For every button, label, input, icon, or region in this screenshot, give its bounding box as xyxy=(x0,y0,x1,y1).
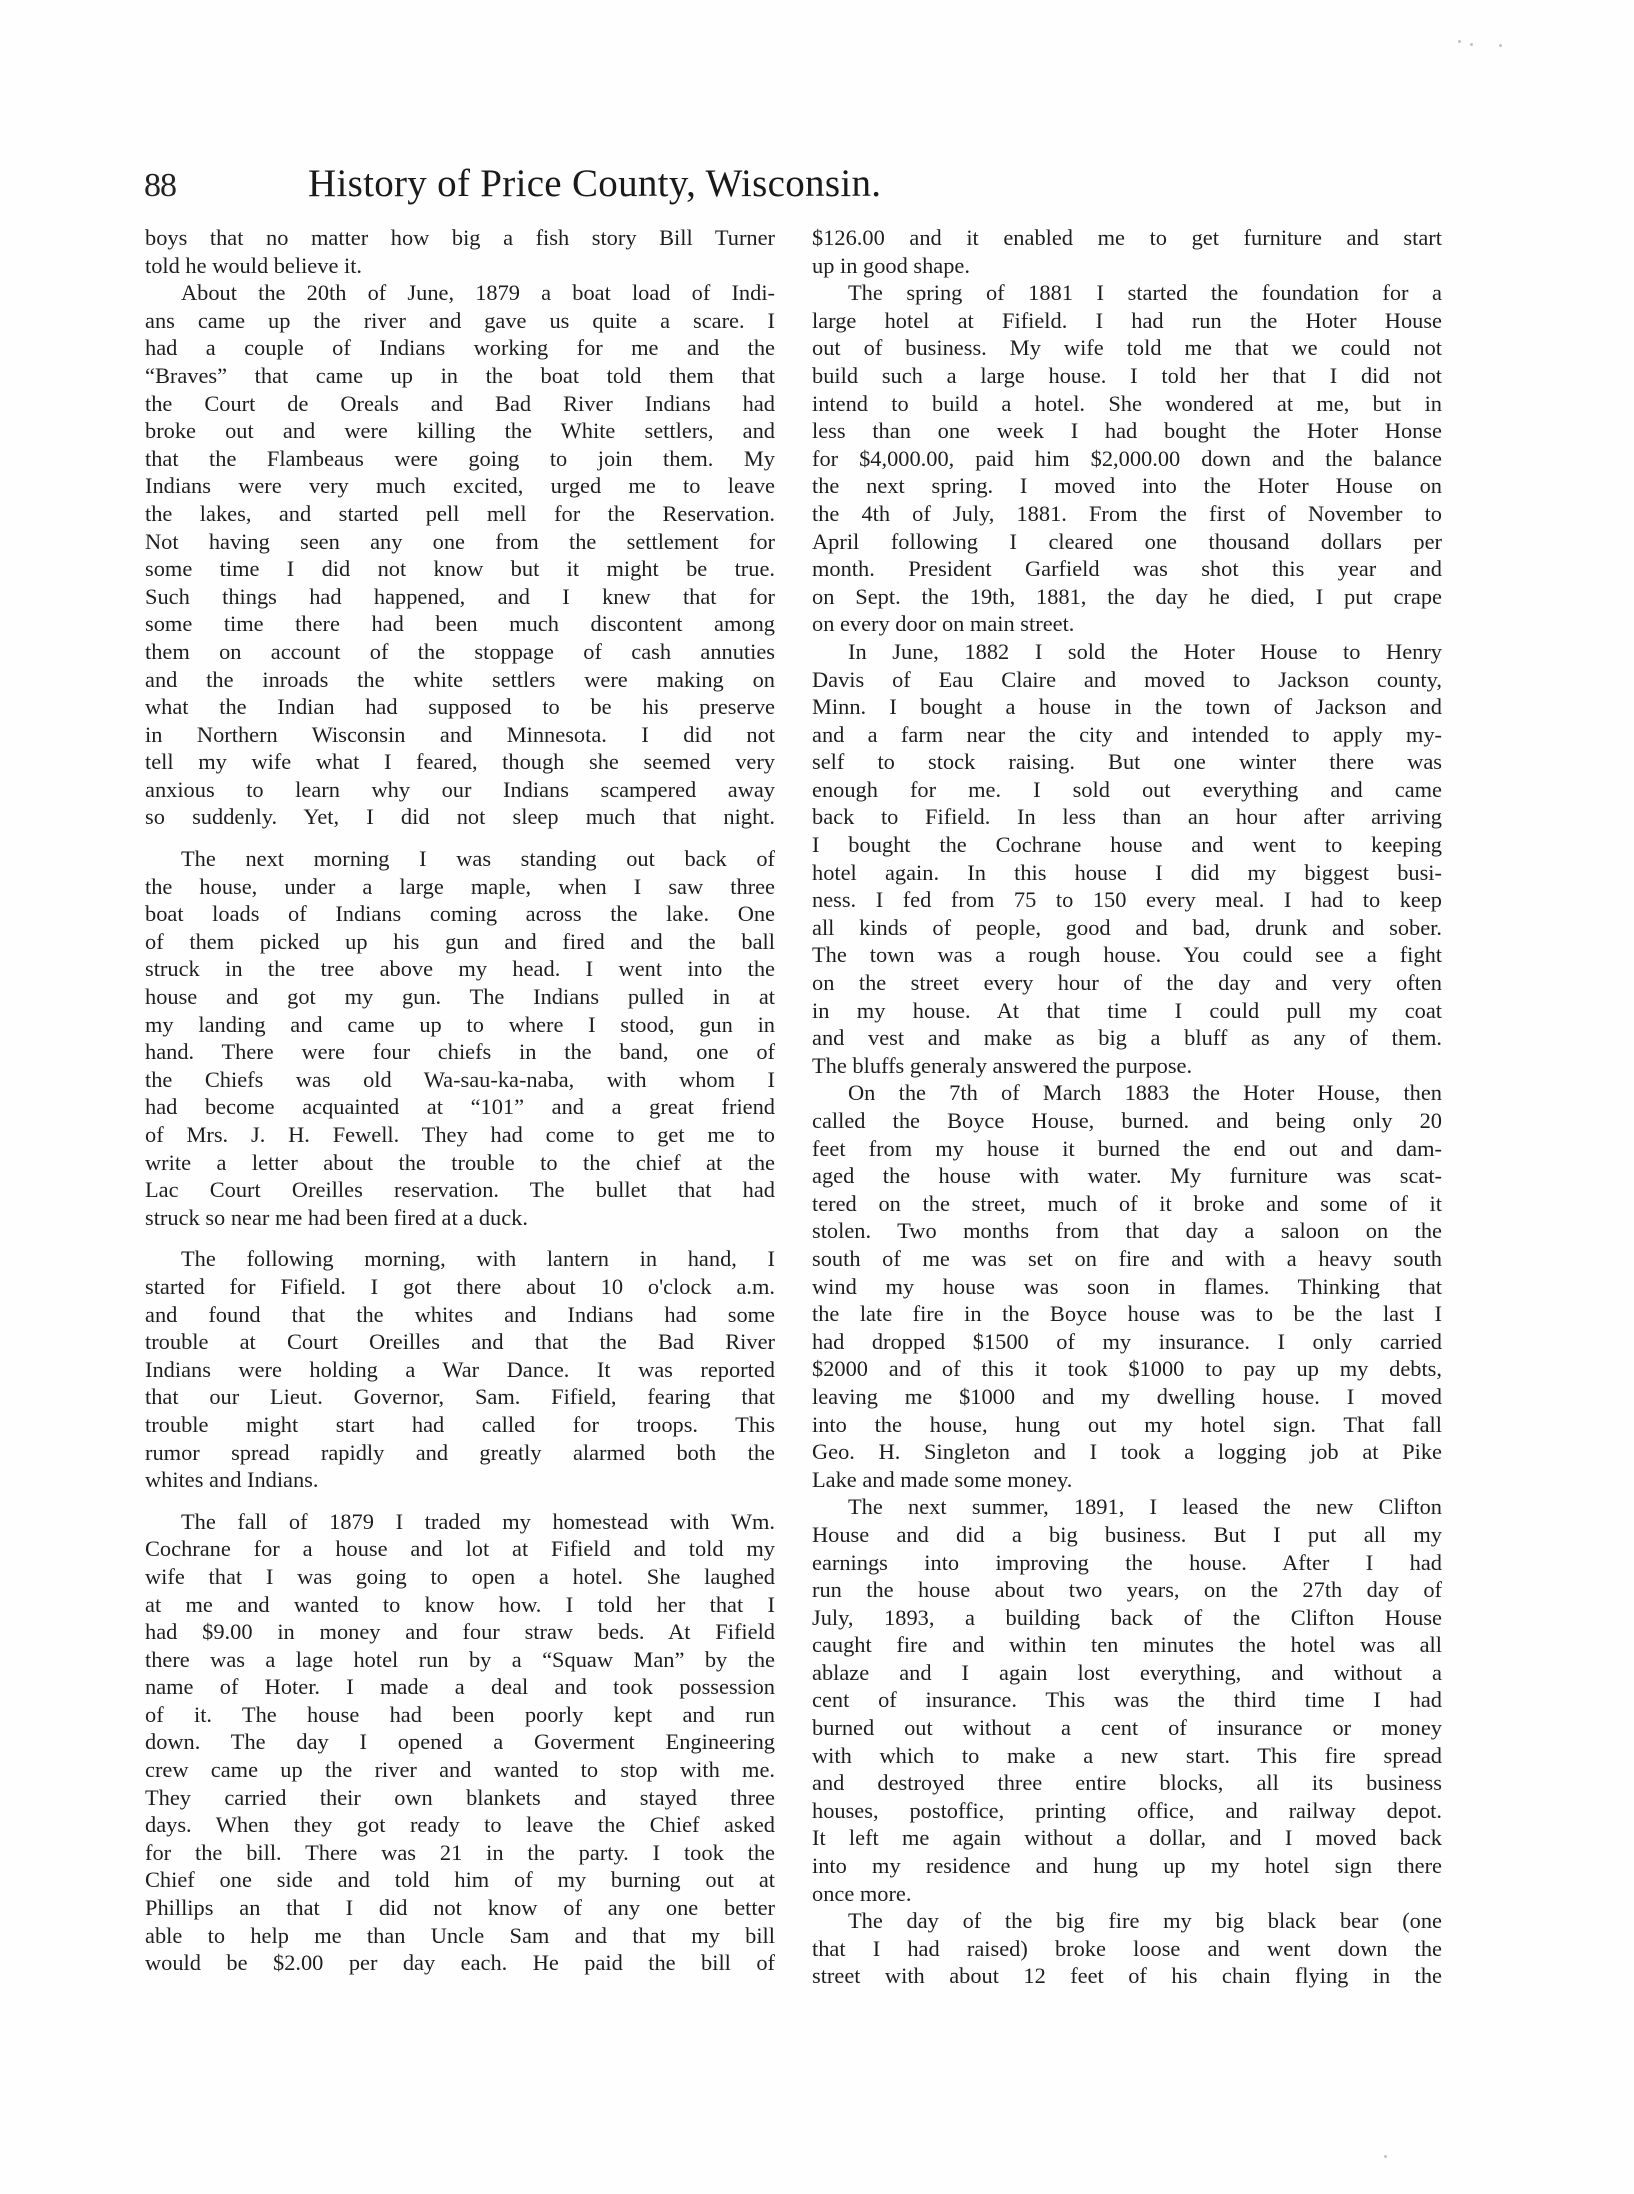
text-line: told he would believe it. xyxy=(145,252,775,280)
text-line: so suddenly. Yet, I did not sleep much t… xyxy=(145,803,775,831)
text-line: some time I did not know but it might be… xyxy=(145,555,775,583)
text-line: Geo. H. Singleton and I took a logging j… xyxy=(812,1438,1442,1466)
text-line: my landing and came up to where I stood,… xyxy=(145,1011,775,1039)
text-line: Indians were holding a War Dance. It was… xyxy=(145,1356,775,1384)
text-line: with which to make a new start. This fir… xyxy=(812,1742,1442,1770)
text-line: that I had raised) broke loose and went … xyxy=(812,1935,1442,1963)
text-line: at me and wanted to know how. I told her… xyxy=(145,1591,775,1619)
text-line: The next summer, 1891, I leased the new … xyxy=(812,1493,1442,1521)
text-line: ans came up the river and gave us quite … xyxy=(145,307,775,335)
paragraph-gap xyxy=(145,1494,775,1508)
text-line: and a farm near the city and intended to… xyxy=(812,721,1442,749)
text-line: trouble might start had called for troop… xyxy=(145,1411,775,1439)
text-line: enough for me. I sold out everything and… xyxy=(812,776,1442,804)
text-line: feet from my house it burned the end out… xyxy=(812,1135,1442,1163)
text-line: The bluffs generaly answered the purpose… xyxy=(812,1052,1442,1080)
text-line: trouble at Court Oreilles and that the B… xyxy=(145,1328,775,1356)
page-number: 88 xyxy=(144,166,176,206)
running-title: History of Price County, Wisconsin. xyxy=(308,162,1408,206)
text-line: out of business. My wife told me that we… xyxy=(812,334,1442,362)
text-line: Phillips an that I did not know of any o… xyxy=(145,1894,775,1922)
text-line: and vest and make as big a bluff as any … xyxy=(812,1024,1442,1052)
text-line: cent of insurance. This was the third ti… xyxy=(812,1686,1442,1714)
text-line: the 4th of July, 1881. From the first of… xyxy=(812,500,1442,528)
text-line: self to stock raising. But one winter th… xyxy=(812,748,1442,776)
scan-speck xyxy=(1458,40,1461,43)
scan-speck xyxy=(1499,44,1502,47)
text-line: struck so near me had been fired at a du… xyxy=(145,1204,775,1232)
text-line: large hotel at Fifield. I had run the Ho… xyxy=(812,307,1442,335)
text-line: up in good shape. xyxy=(812,252,1442,280)
text-line: earnings into improving the house. After… xyxy=(812,1549,1442,1577)
text-line: house and got my gun. The Indians pulled… xyxy=(145,983,775,1011)
text-line: into the house, hung out my hotel sign. … xyxy=(812,1411,1442,1439)
text-line: rumor spread rapidly and greatly alarmed… xyxy=(145,1439,775,1467)
text-line: Davis of Eau Claire and moved to Jackson… xyxy=(812,666,1442,694)
text-line: on the street every hour of the day and … xyxy=(812,969,1442,997)
text-line: hotel again. In this house I did my bigg… xyxy=(812,859,1442,887)
text-line: caught fire and within ten minutes the h… xyxy=(812,1631,1442,1659)
text-line: on every door on main street. xyxy=(812,610,1442,638)
text-line: them on account of the stoppage of cash … xyxy=(145,638,775,666)
text-line: leaving me $1000 and my dwelling house. … xyxy=(812,1383,1442,1411)
text-line: run the house about two years, on the 27… xyxy=(812,1576,1442,1604)
text-line: there was a lage hotel run by a “Squaw M… xyxy=(145,1646,775,1674)
text-line: burned out without a cent of insurance o… xyxy=(812,1714,1442,1742)
text-line: of Mrs. J. H. Fewell. They had come to g… xyxy=(145,1121,775,1149)
text-line: Chief one side and told him of my burnin… xyxy=(145,1866,775,1894)
text-line: name of Hoter. I made a deal and took po… xyxy=(145,1673,775,1701)
text-line: In June, 1882 I sold the Hoter House to … xyxy=(812,638,1442,666)
text-line: able to help me than Uncle Sam and that … xyxy=(145,1922,775,1950)
text-line: would be $2.00 per day each. He paid the… xyxy=(145,1949,775,1977)
text-line: hand. There were four chiefs in the band… xyxy=(145,1038,775,1066)
text-line: build such a large house. I told her tha… xyxy=(812,362,1442,390)
text-line: About the 20th of June, 1879 a boat load… xyxy=(145,279,775,307)
text-line: Lake and made some money. xyxy=(812,1466,1442,1494)
text-line: broke out and were killing the White set… xyxy=(145,417,775,445)
text-line: called the Boyce House, burned. and bein… xyxy=(812,1107,1442,1135)
text-line: The fall of 1879 I traded my homestead w… xyxy=(145,1508,775,1536)
text-line: the late fire in the Boyce house was to … xyxy=(812,1300,1442,1328)
text-line: and destroyed three entire blocks, all i… xyxy=(812,1769,1442,1797)
left-column: boys that no matter how big a fish story… xyxy=(145,224,775,1977)
text-line: Not having seen any one from the settlem… xyxy=(145,528,775,556)
text-line: struck in the tree above my head. I went… xyxy=(145,955,775,983)
text-line: aged the house with water. My furniture … xyxy=(812,1162,1442,1190)
paragraph-gap xyxy=(145,1231,775,1245)
text-line: and the inroads the white settlers were … xyxy=(145,666,775,694)
text-line: “Braves” that came up in the boat told t… xyxy=(145,362,775,390)
text-line: all kinds of people, good and bad, drunk… xyxy=(812,914,1442,942)
text-line: House and did a big business. But I put … xyxy=(812,1521,1442,1549)
text-line: on Sept. the 19th, 1881, the day he died… xyxy=(812,583,1442,611)
text-line: street with about 12 feet of his chain f… xyxy=(812,1962,1442,1990)
text-line: wife that I was going to open a hotel. S… xyxy=(145,1563,775,1591)
text-line: Indians were very much excited, urged me… xyxy=(145,472,775,500)
text-line: that our Lieut. Governor, Sam. Fifield, … xyxy=(145,1383,775,1411)
text-line: intend to build a hotel. She wondered at… xyxy=(812,390,1442,418)
text-line: of them picked up his gun and fired and … xyxy=(145,928,775,956)
scan-speck xyxy=(1384,2155,1387,2158)
text-line: into my residence and hung up my hotel s… xyxy=(812,1852,1442,1880)
scan-speck xyxy=(1470,43,1473,46)
text-line: for $4,000.00, paid him $2,000.00 down a… xyxy=(812,445,1442,473)
text-line: houses, postoffice, printing office, and… xyxy=(812,1797,1442,1825)
text-line: that the Flambeaus were going to join th… xyxy=(145,445,775,473)
text-line: some time there had been much discontent… xyxy=(145,610,775,638)
text-line: wind my house was soon in flames. Thinki… xyxy=(812,1273,1442,1301)
text-line: ness. I fed from 75 to 150 every meal. I… xyxy=(812,886,1442,914)
text-line: crew came up the river and wanted to sto… xyxy=(145,1756,775,1784)
text-line: ablaze and I again lost everything, and … xyxy=(812,1659,1442,1687)
text-line: Cochrane for a house and lot at Fifield … xyxy=(145,1535,775,1563)
text-line: The town was a rough house. You could se… xyxy=(812,941,1442,969)
text-line: $2000 and of this it took $1000 to pay u… xyxy=(812,1355,1442,1383)
text-line: It left me again without a dollar, and I… xyxy=(812,1824,1442,1852)
text-line: the Chiefs was old Wa-sau-ka-naba, with … xyxy=(145,1066,775,1094)
text-line: Minn. I bought a house in the town of Ja… xyxy=(812,693,1442,721)
text-line: $126.00 and it enabled me to get furnitu… xyxy=(812,224,1442,252)
text-line: south of me was set on fire and with a h… xyxy=(812,1245,1442,1273)
text-line: write a letter about the trouble to the … xyxy=(145,1149,775,1177)
text-line: down. The day I opened a Goverment Engin… xyxy=(145,1728,775,1756)
text-line: in Northern Wisconsin and Minnesota. I d… xyxy=(145,721,775,749)
paragraph-gap xyxy=(145,831,775,845)
text-line: whites and Indians. xyxy=(145,1466,775,1494)
text-line: and found that the whites and Indians ha… xyxy=(145,1301,775,1329)
text-line: had dropped $1500 of my insurance. I onl… xyxy=(812,1328,1442,1356)
text-line: The day of the big fire my big black bea… xyxy=(812,1907,1442,1935)
text-line: in my house. At that time I could pull m… xyxy=(812,997,1442,1025)
text-line: stolen. Two months from that day a saloo… xyxy=(812,1217,1442,1245)
text-line: for the bill. There was 21 in the party.… xyxy=(145,1839,775,1867)
text-line: the next spring. I moved into the Hoter … xyxy=(812,472,1442,500)
text-line: tered on the street, much of it broke an… xyxy=(812,1190,1442,1218)
text-line: the house, under a large maple, when I s… xyxy=(145,873,775,901)
text-line: had a couple of Indians working for me a… xyxy=(145,334,775,362)
text-line: what the Indian had supposed to be his p… xyxy=(145,693,775,721)
text-line: started for Fifield. I got there about 1… xyxy=(145,1273,775,1301)
text-line: I bought the Cochrane house and went to … xyxy=(812,831,1442,859)
text-line: Lac Court Oreilles reservation. The bull… xyxy=(145,1176,775,1204)
text-line: July, 1893, a building back of the Clift… xyxy=(812,1604,1442,1632)
text-line: had $9.00 in money and four straw beds. … xyxy=(145,1618,775,1646)
text-line: the Court de Oreals and Bad River Indian… xyxy=(145,390,775,418)
text-line: had become acquainted at “101” and a gre… xyxy=(145,1093,775,1121)
text-line: the lakes, and started pell mell for the… xyxy=(145,500,775,528)
text-line: once more. xyxy=(812,1880,1442,1908)
text-line: less than one week I had bought the Hote… xyxy=(812,417,1442,445)
text-line: On the 7th of March 1883 the Hoter House… xyxy=(812,1079,1442,1107)
text-line: Such things had happened, and I knew tha… xyxy=(145,583,775,611)
text-line: tell my wife what I feared, though she s… xyxy=(145,748,775,776)
text-line: boys that no matter how big a fish story… xyxy=(145,224,775,252)
text-line: boat loads of Indians coming across the … xyxy=(145,900,775,928)
text-line: The next morning I was standing out back… xyxy=(145,845,775,873)
text-line: of it. The house had been poorly kept an… xyxy=(145,1701,775,1729)
text-line: month. President Garfield was shot this … xyxy=(812,555,1442,583)
book-page: 88 History of Price County, Wisconsin. b… xyxy=(0,0,1634,2194)
text-line: back to Fifield. In less than an hour af… xyxy=(812,803,1442,831)
text-line: They carried their own blankets and stay… xyxy=(145,1784,775,1812)
text-line: The following morning, with lantern in h… xyxy=(145,1245,775,1273)
text-line: days. When they got ready to leave the C… xyxy=(145,1811,775,1839)
right-column: $126.00 and it enabled me to get furnitu… xyxy=(812,224,1442,1990)
text-line: April following I cleared one thousand d… xyxy=(812,528,1442,556)
text-line: The spring of 1881 I started the foundat… xyxy=(812,279,1442,307)
text-line: anxious to learn why our Indians scamper… xyxy=(145,776,775,804)
